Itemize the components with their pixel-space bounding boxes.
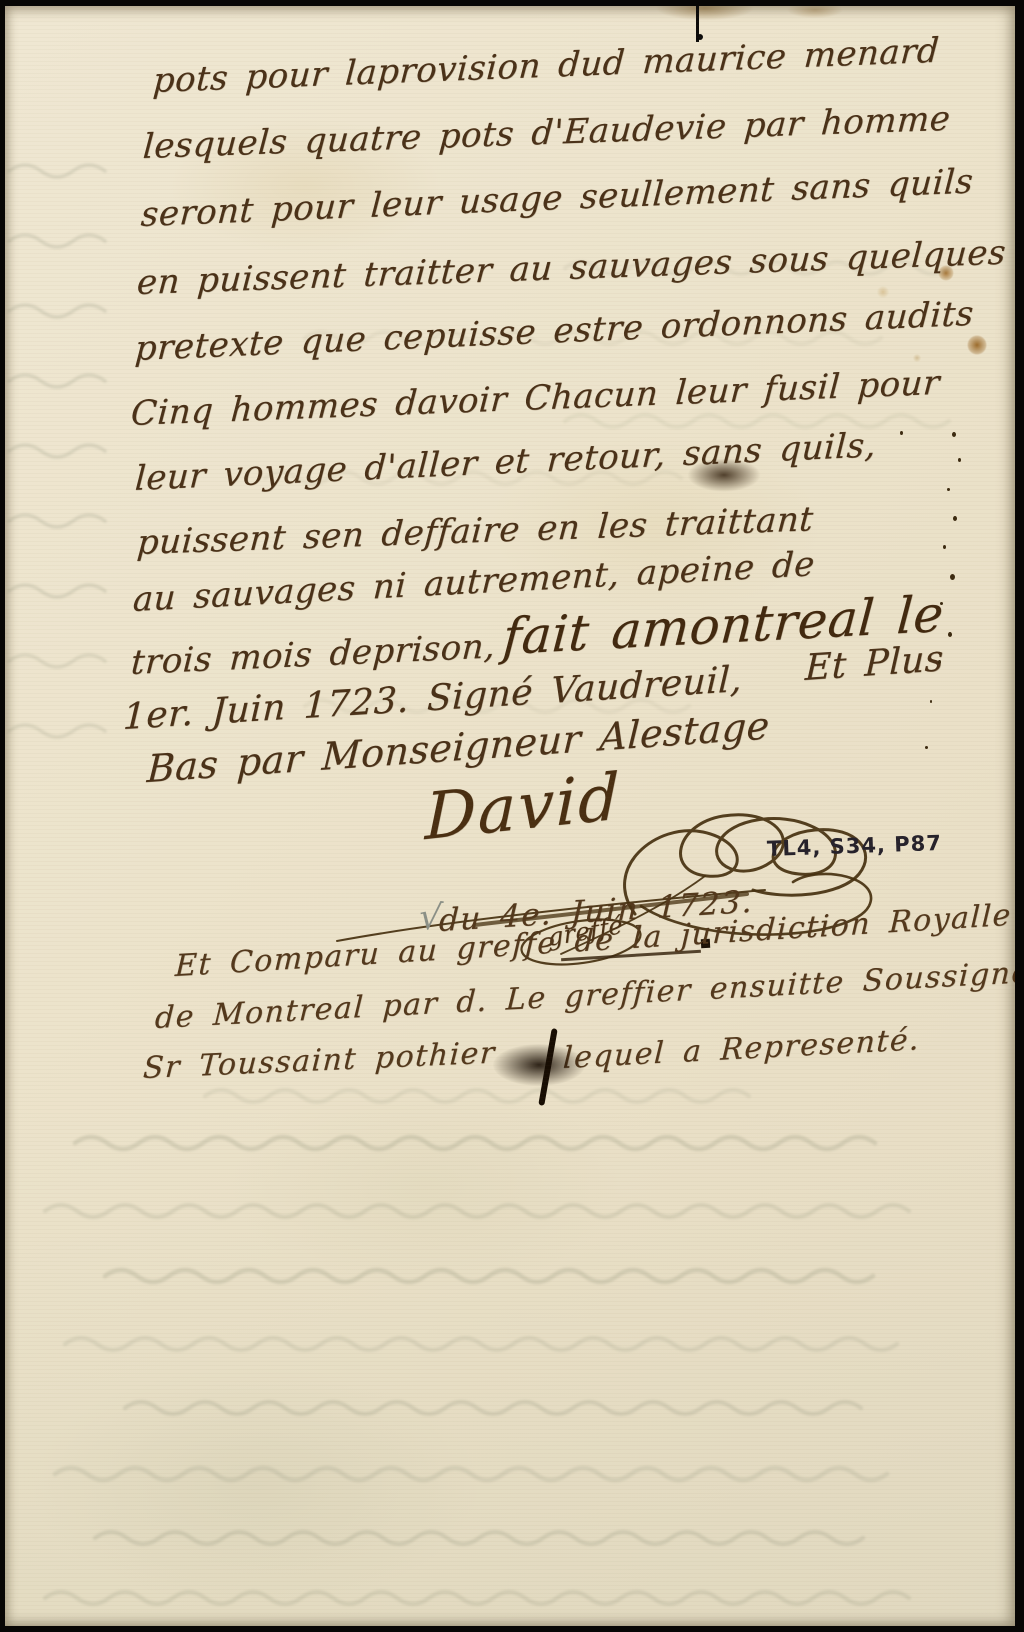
photo-edge-artifact-dot: [697, 34, 703, 40]
manuscript-page: pots pour laprovision dud maurice menard…: [5, 6, 1015, 1626]
ink-blot-fusil: [687, 458, 761, 492]
signature-paraph-flourish: [5, 6, 1015, 1626]
ink-crossout-blot: [493, 1044, 585, 1086]
photo-frame: pots pour laprovision dud maurice menard…: [0, 0, 1024, 1632]
